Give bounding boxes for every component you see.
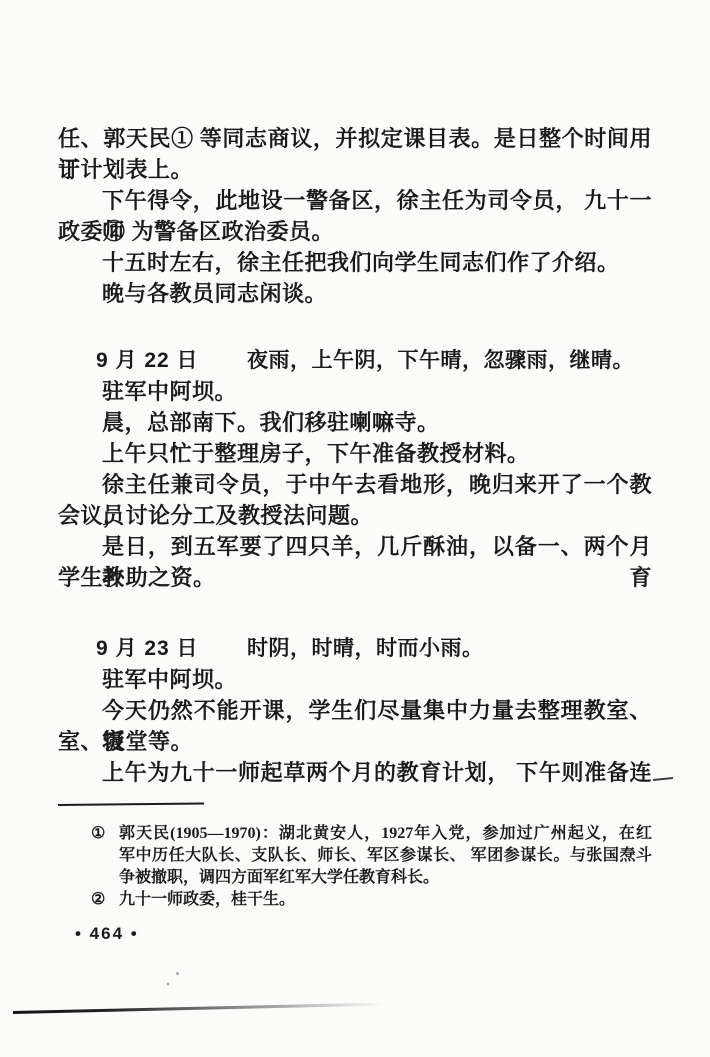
text-column: 任、郭天民① 等同志商议，并拟定课目表。是日整个时间用于 订计划表上。 下午得令… [58, 123, 652, 944]
footnote-marker: ① [91, 823, 105, 845]
text-line: 任、郭天民① 等同志商议，并拟定课目表。是日整个时间用于 [58, 123, 652, 154]
text-line: 政委② 为警备区政治委员。 [58, 216, 652, 247]
footnote-text: 争被撤职，调四方面军红军大学任教育科长。 [119, 869, 439, 886]
entry-date: 9 月 22 日 [96, 345, 247, 376]
text-line: 晚与各教员同志闲谈。 [58, 278, 652, 309]
scan-artifact-bottom-line [13, 1002, 396, 1014]
text-line: 是日，到五军要了四只羊，几斤酥油，以备一、两个月教育 [58, 531, 652, 562]
footnote-marker: ② [91, 889, 105, 911]
scan-artifact-speck [167, 983, 169, 985]
text-line: 下午得令，此地设一警备区，徐主任为司令员， 九十一师 [58, 185, 652, 216]
text-line: 驻军中阿坝。 [58, 376, 652, 407]
text-line: 徐主任兼司令员，于中午去看地形，晚归来开了一个教员 [58, 469, 652, 500]
text-line: 上午为九十一师起草两个月的教育计划， 下午则准备连 [58, 757, 652, 788]
text-line: 上午只忙于整理房子，下午准备教授材料。 [58, 438, 652, 469]
text-line: 今天仍然不能开课，学生们尽量集中力量去整理教室、寝 [58, 695, 652, 726]
book-page: 任、郭天民① 等同志商议，并拟定课目表。是日整个时间用于 订计划表上。 下午得令… [0, 0, 710, 1057]
footnotes: ①郭天民(1905—1970)：湖北黄安人，1927年入党，参加过广州起义，在红… [58, 823, 652, 911]
text-line: 室、饭堂等。 [58, 726, 652, 757]
text-line: 订计划表上。 [58, 154, 652, 185]
footnote-line: 军中历任大队长、支队长、师长、军区参谋长、 军团参谋长。与张国焘斗 [58, 845, 652, 867]
footnote-separator [58, 802, 204, 806]
text-line: 晨，总部南下。我们移驻喇嘛寺。 [58, 407, 652, 438]
footnote-text: 军中历任大队长、支队长、师长、军区参谋长、 军团参谋长。与张国焘斗 [119, 847, 652, 864]
entry-weather: 夜雨，上午阴，下午晴，忽骤雨，继晴。 [247, 349, 634, 372]
footnote-text: 九十一师政委，桂干生。 [119, 891, 295, 908]
footnote-line: 争被撤职，调四方面军红军大学任教育科长。 [58, 867, 652, 889]
footnote-line: ②九十一师政委，桂干生。 [58, 889, 652, 911]
scan-artifact-dash [653, 777, 673, 781]
footnote-line: ①郭天民(1905—1970)：湖北黄安人，1927年入党，参加过广州起义，在红 [58, 823, 652, 845]
entry-heading-sep23: 9 月 23 日时阴，时晴，时而小雨。 [58, 633, 652, 664]
entry-heading-sep22: 9 月 22 日夜雨，上午阴，下午晴，忽骤雨，继晴。 [58, 345, 652, 376]
text-line: 会议，讨论分工及教授法问题。 [58, 500, 652, 531]
footnote-text: 郭天民(1905—1970)：湖北黄安人，1927年入党，参加过广州起义，在红 [119, 825, 652, 842]
text-line: 驻军中阿坝。 [58, 664, 652, 695]
scan-artifact-speck [176, 972, 179, 975]
entry-weather: 时阴，时晴，时而小雨。 [247, 637, 484, 660]
entry-date: 9 月 23 日 [96, 633, 247, 664]
page-number: • 464 • [58, 924, 652, 944]
text-line: 十五时左右，徐主任把我们向学生同志们作了介绍。 [58, 247, 652, 278]
